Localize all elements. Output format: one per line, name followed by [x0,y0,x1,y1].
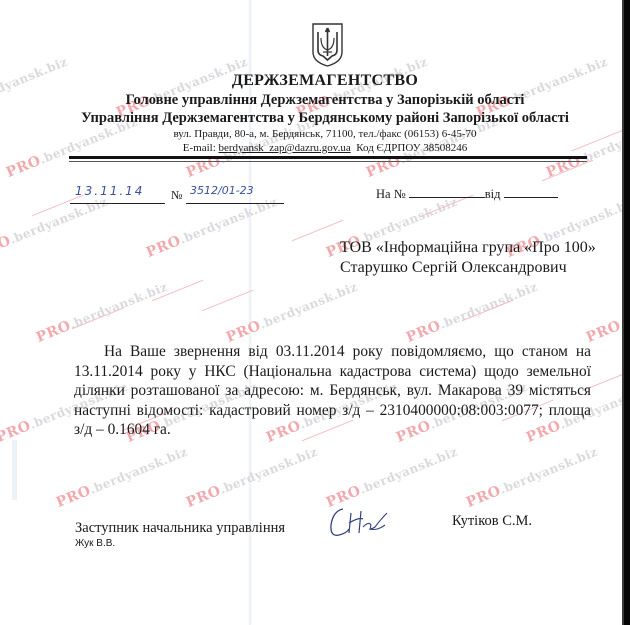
watermark-text: PRO.berdyansk.biz [54,444,190,511]
trident-emblem-icon [311,22,344,68]
header-divider-thin [69,161,587,162]
addressee-block: ТОВ «Інформаційна група «Про 100» Старуш… [340,238,596,278]
address: вул. Правди, 80-а, м. Бердянськ, 71100, … [10,128,630,140]
incoming-date-blank [504,187,558,198]
watermark-text: PRO.berdyansk.biz [404,279,540,346]
watermark-stroke [542,160,593,182]
watermark-text: PRO.berdyansk.biz [464,444,600,511]
agency-name: ДЕРЖЗЕМАГЕНТСТВО [10,72,630,90]
addressee-organization: ТОВ «Інформаційна група «Про 100» [340,238,596,258]
watermark-stroke [292,220,343,242]
executor-name: Жук В.В. [75,538,115,549]
main-department: Головне управління Держземагентства у За… [10,92,630,109]
incoming-number-blank [409,187,485,198]
watermark-text: PRO.berdyansk.biz [324,444,460,511]
contact-line: E-mail: berdyansk_zap@dazru.gov.ua Код Є… [10,142,630,154]
outgoing-date: 13.11.14 [75,184,144,198]
watermark-text: PRO.berdyansk.biz [224,279,360,346]
watermark-text: PRO.berdyansk.biz [34,279,170,346]
scan-border [624,0,630,625]
watermark-stroke [72,308,123,330]
edrpou-code: Код ЄДРПОУ 38508246 [356,142,467,154]
email-link[interactable]: berdyansk_zap@dazru.gov.ua [219,142,351,154]
watermark-text: PRO.berdyansk.biz [184,444,320,511]
addressee-person: Старушко Сергій Олександрович [340,258,596,278]
letter-page: PRO.berdyansk.bizPRO.berdyansk.bizPRO.be… [0,0,630,625]
outgoing-number-label: № [171,188,182,203]
signatory-name: Кутіков С.М. [452,513,532,530]
watermark-stroke [152,280,203,302]
header-divider [69,156,587,159]
letter-body: На Ваше звернення від 03.11.2014 року по… [74,342,591,440]
email-label: E-mail: [183,142,216,154]
local-department: Управління Держземагентства у Бердянсько… [10,110,630,127]
date-underline [70,203,165,204]
number-underline [186,203,284,204]
scan-smudge [12,440,17,500]
outgoing-number: 3512/01-23 [190,184,254,197]
handwritten-signature-icon [325,503,395,543]
incoming-date-label: від [485,187,501,201]
signatory-position: Заступник начальника управління [75,520,285,537]
incoming-number-label: На № [376,187,406,201]
incoming-reference: На № від [376,187,558,202]
watermark-stroke [202,290,253,312]
watermark-stroke [462,300,513,322]
